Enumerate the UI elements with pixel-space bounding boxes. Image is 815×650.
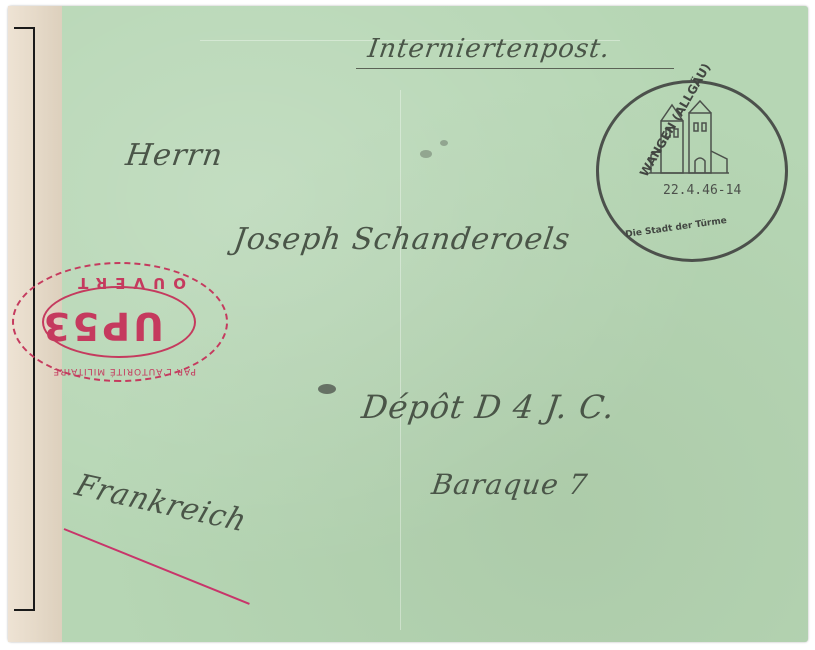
censor-top-text: OUVERT [70,274,186,292]
crease [400,90,401,630]
address-line-1: Dépôt D 4 J. C. [359,388,617,426]
tape-border-line [14,609,35,611]
censor-bottom-text: PAR L'AUTORITÉ MILITAIRE [52,366,196,376]
address-line-2: Baraque 7 [430,468,590,501]
tape-border-line [14,27,35,29]
ink-blot [420,150,432,158]
censor-code: UP53 [40,304,164,348]
ink-blot [440,140,448,146]
salutation: Herrn [124,138,226,173]
header-note: Internierten­post. [366,34,612,64]
censor-stamp: UP53 OUVERT PAR L'AUTORITÉ MILITAIRE [12,262,228,382]
postmark: WANGEN (ALLGÄU) 22.4.46-14 Die Stadt der… [596,80,788,262]
recipient-name: Joseph Schanderoels [232,222,573,257]
postmark-date: 22.4.46-14 [663,183,741,198]
postmark-bottom-text: Die Stadt der Türme [625,216,728,240]
header-underline [356,68,674,69]
ink-blot [318,384,336,394]
